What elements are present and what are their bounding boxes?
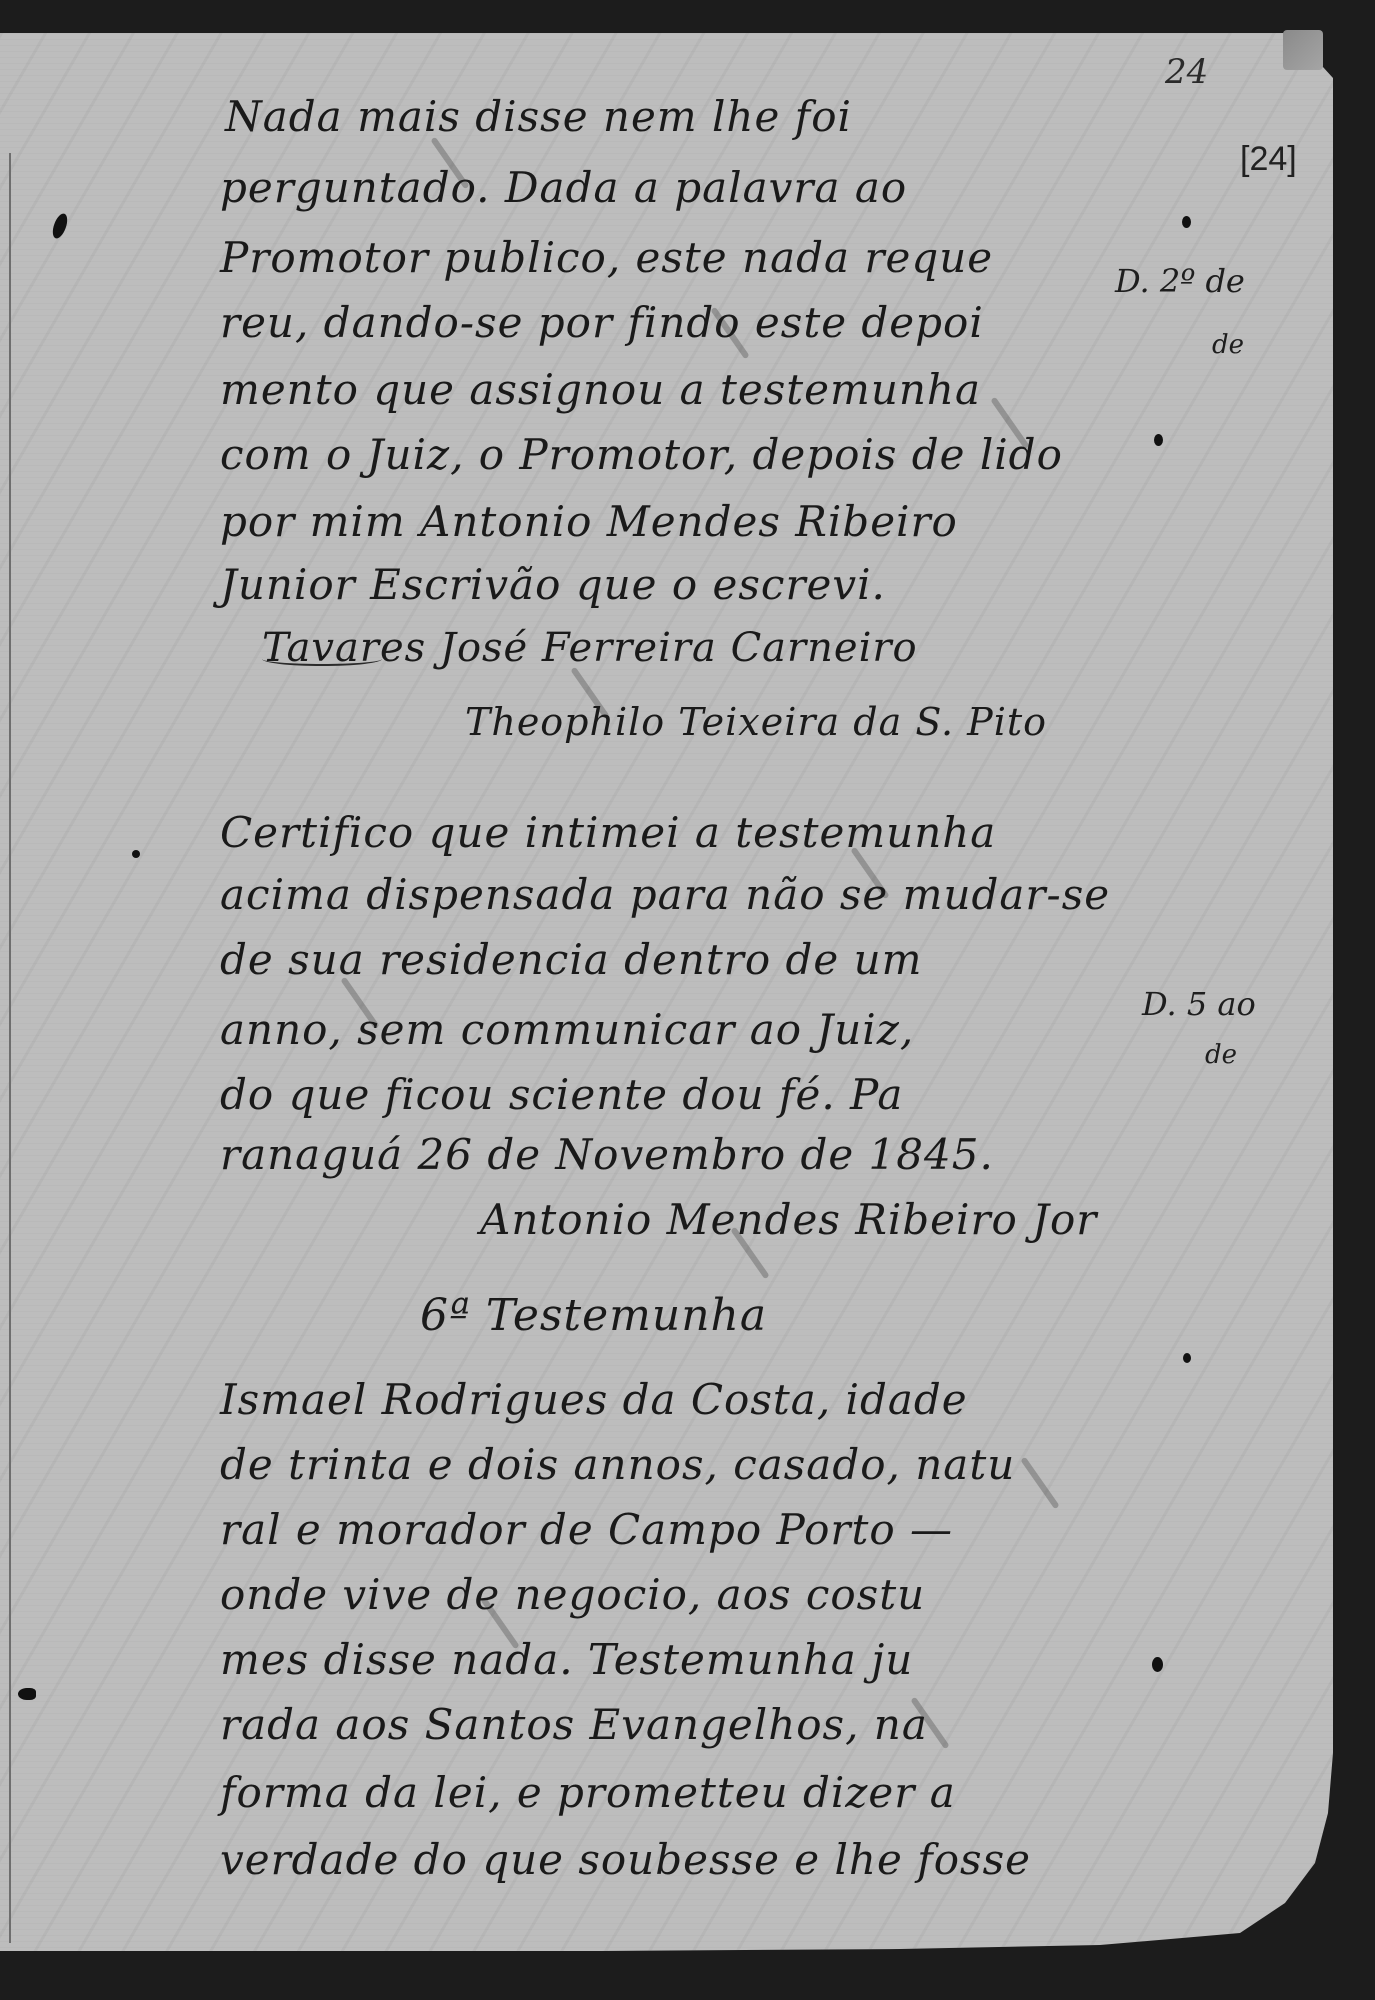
testimony-line-4: onde vive de negocio, aos costu [220,1570,925,1619]
testimony-line-2: de trinta e dois annos, casado, natu [220,1440,1015,1489]
ink-dot [1154,434,1163,446]
certification-line-3: de sua residencia dentro de um [220,935,923,984]
body-line-3: Promotor publico, este nada reque [220,233,993,282]
ink-dot [1183,1353,1191,1363]
certification-date-line: ranaguá 26 de Novembro de 1845. [220,1130,994,1179]
certification-line-4: anno, sem communicar ao Juiz, [220,1005,914,1054]
margin-note-1-second-line: de [1212,330,1244,360]
body-line-4: reu, dando-se por findo este depoi [220,298,984,347]
archival-folio-stamp: [24] [1240,140,1297,179]
testimony-line-3: ral e morador de Campo Porto — [220,1505,953,1554]
testimony-line-7: forma da lei, e prometteu dizer a [220,1768,956,1817]
certification-line-5: do que ficou sciente dou fé. Pa [220,1070,903,1119]
body-line-2: perguntado. Dada a palavra ao [220,163,907,212]
body-line-5: mento que assignou a testemunha [220,365,981,414]
body-line-8: Junior Escrivão que o escrevi. [220,560,886,609]
margin-note-2: D. 5 ao [1142,985,1256,1023]
signature-flourish [262,652,382,666]
testimony-line-6: rada aos Santos Evangelhos, na [220,1700,928,1749]
ink-dot [1182,216,1191,228]
signature-witness: Theophilo Teixeira da S. Pito [465,700,1047,744]
testimony-line-5: mes disse nada. Testemunha ju [220,1635,913,1684]
testimony-line-1: Ismael Rodrigues da Costa, idade [220,1375,968,1424]
body-line-7: por mim Antonio Mendes Ribeiro [220,497,958,546]
torn-corner [1283,30,1323,70]
margin-note-1: D. 2º de [1115,262,1245,300]
ink-dot [1152,1657,1163,1672]
certification-line-2: acima dispensada para não se mudar-se [220,870,1110,919]
body-line-1: Nada mais disse nem lhe foi [225,92,852,141]
scribe-signature: Antonio Mendes Ribeiro Jor [480,1195,1097,1244]
ink-blot [18,1688,36,1700]
ink-dot [132,850,140,858]
certification-line-1: Certifico que intimei a testemunha [220,808,996,857]
binding-edge-line [9,153,11,1943]
folio-number: 24 [1165,52,1208,92]
testimony-line-8: verdade do que soubesse e lhe fosse [220,1835,1031,1884]
witness-heading: 6ª Testemunha [420,1290,767,1341]
body-line-6: com o Juiz, o Promotor, depois de lido [220,430,1063,479]
scanned-page: 24 [24] D. 2º de de D. 5 ao de Nada mais… [0,0,1375,2000]
margin-note-2-second-line: de [1205,1040,1237,1070]
